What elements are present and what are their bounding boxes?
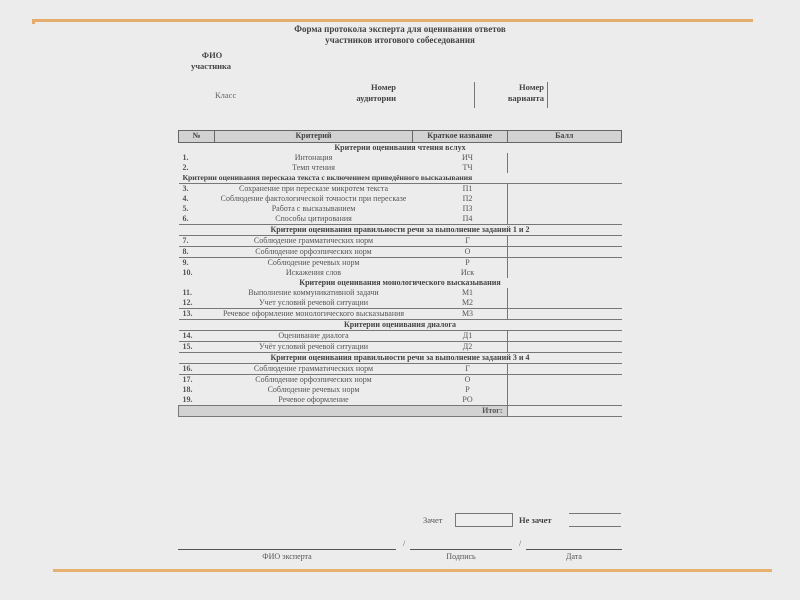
criterion-code: О (413, 375, 508, 386)
form-title: Форма протокола эксперта для оценивания … (178, 24, 622, 46)
criterion-name: Работа с высказыванием (215, 204, 413, 214)
criterion-name: Соблюдение речевых норм (215, 385, 413, 395)
score-cell[interactable] (507, 184, 622, 195)
score-cell[interactable] (507, 298, 622, 309)
row-number: 16. (179, 364, 215, 375)
score-cell[interactable] (507, 194, 622, 204)
score-cell[interactable] (507, 342, 622, 353)
row-number: 2. (179, 163, 215, 173)
row-number: 10. (179, 268, 215, 278)
criterion-name: Искажения слов (215, 268, 413, 278)
score-cell[interactable] (507, 153, 622, 163)
section-title: Критерии оценивания правильности речи за… (179, 225, 622, 236)
row-number: 6. (179, 214, 215, 225)
section-title: Критерии оценивания пересказа текста с в… (179, 173, 622, 184)
row-number: 12. (179, 298, 215, 309)
table-row: 12.Учет условий речевой ситуацииМ2 (179, 298, 622, 309)
criterion-name: Оценивание диалога (215, 331, 413, 342)
row-number: 18. (179, 385, 215, 395)
table-row: 15.Учёт условий речевой ситуацииД2 (179, 342, 622, 353)
section-header-row: Критерии оценивания пересказа текста с в… (179, 173, 622, 184)
section-title: Критерии оценивания правильности речи за… (179, 353, 622, 364)
criterion-name: Способы цитирования (215, 214, 413, 225)
pass-box[interactable] (455, 513, 513, 527)
signature-line[interactable] (410, 549, 512, 550)
separator: / (519, 539, 521, 548)
criterion-code: ТЧ (413, 163, 508, 173)
section-header-row: Критерии оценивания диалога (179, 320, 622, 331)
table-row: 6.Способы цитированияП4 (179, 214, 622, 225)
section-header-row: Критерии оценивания монологического выск… (179, 278, 622, 288)
table-row: 7.Соблюдение грамматических нормГ (179, 236, 622, 247)
total-row: Итог: (179, 406, 622, 417)
score-cell[interactable] (507, 331, 622, 342)
table-row: 17.Соблюдение орфоэпических нормО (179, 375, 622, 386)
criterion-name: Учёт условий речевой ситуации (215, 342, 413, 353)
variant-label-line-2: варианта (482, 93, 544, 104)
col-header-number: № (179, 131, 215, 143)
table-row: 4.Соблюдение фактологической точности пр… (179, 194, 622, 204)
participant-label: участника (191, 61, 231, 72)
criterion-name: Речевое оформление (215, 395, 413, 406)
score-cell[interactable] (507, 385, 622, 395)
row-number: 9. (179, 258, 215, 269)
score-cell[interactable] (507, 204, 622, 214)
table-row: 16.Соблюдение грамматических нормГ (179, 364, 622, 375)
criterion-name: Сохранение при пересказе микротем текста (215, 184, 413, 195)
criterion-name: Темп чтения (215, 163, 413, 173)
table-row: 19.Речевое оформлениеРО (179, 395, 622, 406)
score-cell[interactable] (507, 214, 622, 225)
auditorium-label-line-2: аудитории (316, 93, 396, 104)
score-cell[interactable] (507, 395, 622, 406)
criterion-code: П3 (413, 204, 508, 214)
fail-label: Не зачет (519, 515, 552, 525)
criterion-code: Д1 (413, 331, 508, 342)
table-row: 2.Темп чтенияТЧ (179, 163, 622, 173)
table-row: 13.Речевое оформление монологического вы… (179, 309, 622, 320)
row-number: 7. (179, 236, 215, 247)
table-header-row: № Критерий Краткое название Балл (179, 131, 622, 143)
signature-block: / ФИО эксперта / Подпись Дата (178, 543, 622, 563)
criterion-code: М1 (413, 288, 508, 298)
criterion-name: Соблюдение речевых норм (215, 258, 413, 269)
meta-fields: Класс Номер аудитории Номер варианта (178, 82, 622, 110)
variant-label-line-1: Номер (482, 82, 544, 93)
criterion-code: Д2 (413, 342, 508, 353)
criterion-code: Р (413, 258, 508, 269)
row-number: 1. (179, 153, 215, 163)
row-number: 8. (179, 247, 215, 258)
expert-name-line[interactable] (178, 549, 396, 550)
row-number: 4. (179, 194, 215, 204)
row-number: 17. (179, 375, 215, 386)
variant-field[interactable] (547, 82, 548, 108)
criterion-code: РО (413, 395, 508, 406)
score-cell[interactable] (507, 268, 622, 278)
criteria-table-body: Критерии оценивания чтения вслух1.Интона… (179, 143, 622, 417)
pass-label: Зачет (423, 515, 442, 525)
section-header-row: Критерии оценивания чтения вслух (179, 143, 622, 154)
expert-name-label: ФИО эксперта (178, 552, 396, 561)
class-label: Класс (215, 90, 236, 100)
criterion-name: Речевое оформление монологического выска… (215, 309, 413, 320)
col-header-score: Балл (507, 131, 622, 143)
total-score-cell[interactable] (507, 406, 622, 417)
score-cell[interactable] (507, 258, 622, 269)
col-header-short-name: Краткое название (413, 131, 508, 143)
form-title-line-1: Форма протокола эксперта для оценивания … (178, 24, 622, 35)
criterion-code: Р (413, 385, 508, 395)
section-title: Критерии оценивания чтения вслух (179, 143, 622, 154)
criterion-code: П1 (413, 184, 508, 195)
criterion-code: Г (413, 236, 508, 247)
score-cell[interactable] (507, 236, 622, 247)
fail-box[interactable] (569, 513, 621, 527)
form-title-line-2: участников итогового собеседования (178, 35, 622, 46)
table-row: 10.Искажения словИск (179, 268, 622, 278)
total-label: Итог: (179, 406, 508, 417)
score-cell[interactable] (507, 309, 622, 320)
criterion-name: Соблюдение грамматических норм (215, 364, 413, 375)
row-number: 5. (179, 204, 215, 214)
criterion-code: О (413, 247, 508, 258)
criterion-code: Иск (413, 268, 508, 278)
criterion-name: Выполнение коммуникативной задачи (215, 288, 413, 298)
score-cell[interactable] (507, 364, 622, 375)
table-row: 14.Оценивание диалогаД1 (179, 331, 622, 342)
criterion-code: М3 (413, 309, 508, 320)
criterion-code: П4 (413, 214, 508, 225)
row-number: 14. (179, 331, 215, 342)
criterion-name: Соблюдение орфоэпических норм (215, 375, 413, 386)
row-number: 11. (179, 288, 215, 298)
auditorium-label: Номер аудитории (316, 82, 396, 104)
section-title: Критерии оценивания монологического выск… (179, 278, 622, 288)
auditorium-label-line-1: Номер (316, 82, 396, 93)
table-row: 9.Соблюдение речевых нормР (179, 258, 622, 269)
table-row: 18.Соблюдение речевых нормР (179, 385, 622, 395)
row-number: 15. (179, 342, 215, 353)
date-line[interactable] (526, 549, 622, 550)
variant-label: Номер варианта (482, 82, 544, 104)
section-title: Критерии оценивания диалога (179, 320, 622, 331)
section-header-row: Критерии оценивания правильности речи за… (179, 225, 622, 236)
criterion-name: Соблюдение грамматических норм (215, 236, 413, 247)
table-row: 1.ИнтонацияИЧ (179, 153, 622, 163)
table-row: 5.Работа с высказываниемП3 (179, 204, 622, 214)
criterion-code: Г (413, 364, 508, 375)
score-cell[interactable] (507, 288, 622, 298)
auditorium-field[interactable] (474, 82, 475, 108)
table-row: 8.Соблюдение орфоэпических нормО (179, 247, 622, 258)
participant-name-label: ФИО участника (193, 50, 231, 72)
row-number: 19. (179, 395, 215, 406)
result-block: Зачет Не зачет (420, 513, 630, 527)
row-number: 3. (179, 184, 215, 195)
bottom-accent-rule (53, 569, 772, 572)
section-header-row: Критерии оценивания правильности речи за… (179, 353, 622, 364)
row-number: 13. (179, 309, 215, 320)
table-row: 3.Сохранение при пересказе микротем текс… (179, 184, 622, 195)
col-header-criterion: Критерий (215, 131, 413, 143)
table-row: 11.Выполнение коммуникативной задачиМ1 (179, 288, 622, 298)
criterion-name: Соблюдение орфоэпических норм (215, 247, 413, 258)
criterion-code: ИЧ (413, 153, 508, 163)
score-cell[interactable] (507, 375, 622, 386)
score-cell[interactable] (507, 163, 622, 173)
score-cell[interactable] (507, 247, 622, 258)
criterion-code: П2 (413, 194, 508, 204)
criteria-table: № Критерий Краткое название Балл Критери… (178, 130, 622, 417)
date-label: Дата (526, 552, 622, 561)
criterion-name: Учет условий речевой ситуации (215, 298, 413, 309)
separator: / (403, 539, 405, 548)
signature-label: Подпись (410, 552, 512, 561)
criterion-code: М2 (413, 298, 508, 309)
protocol-form: Форма протокола эксперта для оценивания … (178, 22, 622, 46)
criterion-name: Соблюдение фактологической точности при … (215, 194, 413, 204)
fio-label: ФИО (193, 50, 231, 61)
criterion-name: Интонация (215, 153, 413, 163)
